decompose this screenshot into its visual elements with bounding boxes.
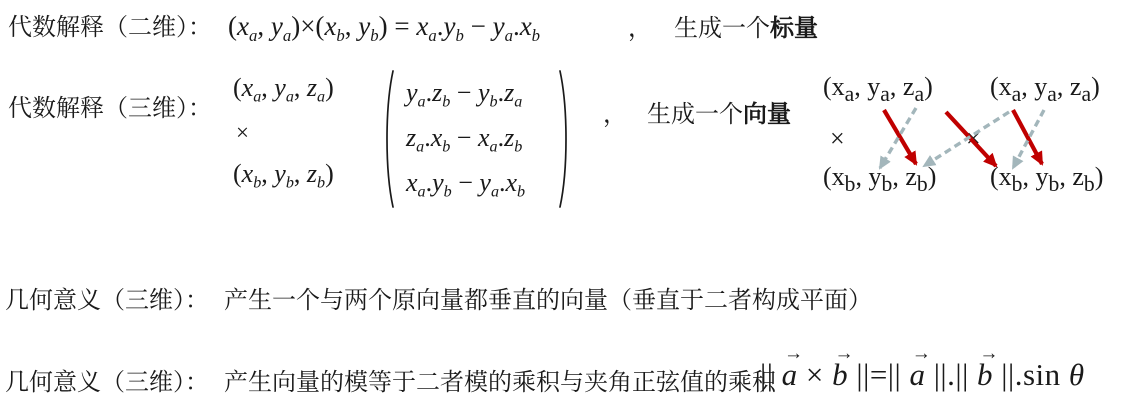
result-component-y: za.xb − xa.zb (406, 123, 522, 153)
multiplication-arrows-icon (820, 72, 1121, 212)
cross-operator: × (236, 120, 249, 146)
geometry-meaning-label-2: 几何意义（三维）： (5, 369, 209, 398)
vector-bold-text: 向量 (743, 101, 791, 128)
result-column-vector: ya.zb − yb.za za.xb − xa.zb xa.yb − ya.x… (382, 68, 576, 210)
right-parenthesis-icon (558, 68, 571, 210)
geometry-meaning-text-1: 产生一个与两个原向量都垂直的向量（垂直于二者构成平面） (224, 287, 872, 316)
comma: ， (628, 15, 652, 42)
algebra-3d-label: 代数解释（三维）： (8, 95, 212, 124)
left-parenthesis-icon (382, 68, 395, 210)
magnitude-formula: || a × b ||=|| a ||.|| b ||.sin θ (760, 357, 1085, 393)
result-note-3d: ，生成一个向量 (603, 101, 791, 130)
comma: ， (603, 101, 627, 128)
result-prefix-text: 生成一个 (674, 15, 770, 42)
algebra-3d-row: 代数解释（三维）： (xa, ya, za) × (xb, yb, zb) ya… (0, 65, 1121, 215)
scalar-bold-text: 标量 (770, 15, 818, 42)
geometry-meaning-label-1: 几何意义（三维）： (5, 287, 209, 316)
geometry-meaning-text-2: 产生向量的模等于二者模的乘积与夹角正弦值的乘积 (224, 369, 776, 398)
result-component-z: xa.yb − ya.xb (406, 168, 525, 198)
result-note-2d: ，生成一个标量 (628, 15, 818, 44)
cross-product-2d-formula: (xa, ya)×(xb, yb) = xa.yb − ya.xb (228, 11, 540, 42)
result-component-x: ya.zb − yb.za (406, 78, 522, 108)
lecture-slide: 代数解释（二维）： (xa, ya)×(xb, yb) = xa.yb − ya… (0, 0, 1121, 417)
cross-multiplication-diagram: (xa, ya, za) × (xb, yb, zb) (xa, ya, za)… (820, 72, 1121, 212)
vector-a-tuple: (xa, ya, za) (233, 73, 334, 103)
algebra-2d-label: 代数解释（二维）： (8, 14, 212, 43)
vector-b-tuple: (xb, yb, zb) (233, 159, 334, 189)
result-prefix-text: 生成一个 (647, 101, 743, 128)
